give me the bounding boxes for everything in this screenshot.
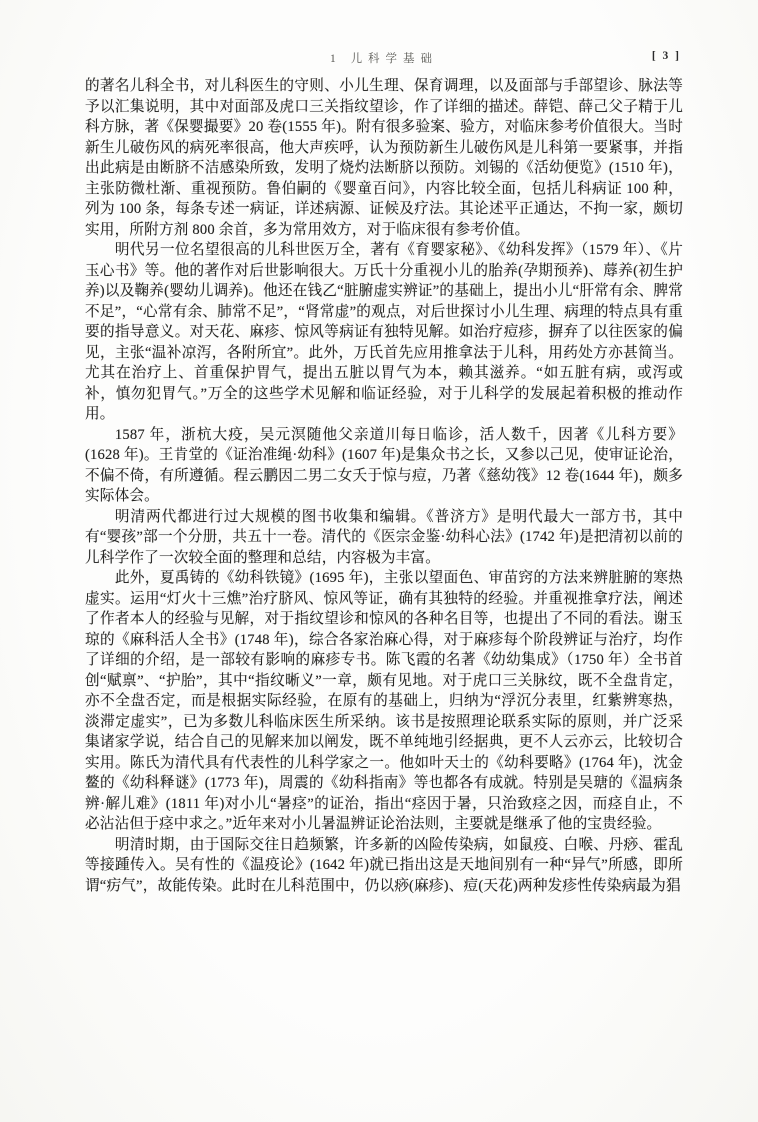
body-paragraph: 明清两代都进行过大规模的图书收集和编辑。《普济方》是明代最大一部方书，其中有“婴… <box>85 507 683 569</box>
body-paragraph: 1587 年，浙杭大疫，吴元溟随他父亲道川每日临诊，活人数千，因著《儿科方要》(… <box>85 425 683 507</box>
body-paragraph: 明清时期，由于国际交往日趋频繁，许多新的凶险传染病，如鼠疫、白喉、丹痧、霍乱等接… <box>85 835 683 897</box>
running-title: 1 儿科学基础 <box>85 50 683 66</box>
body-paragraph: 此外，夏禹铸的《幼科铁镜》(1695 年)，主张以望面色、审苗窍的方法来辨脏腑的… <box>85 568 683 835</box>
body-text: 的著名儿科全书，对儿科医生的守则、小儿生理、保育调理，以及面部与手部望诊、脉法等… <box>85 76 683 896</box>
scanned-book-page: 1 儿科学基础 [ 3 ] 的著名儿科全书，对儿科医生的守则、小儿生理、保育调理… <box>0 0 758 1122</box>
body-paragraph: 明代另一位名望很高的儿科世医万全，著有《育婴家秘》、《幼科发挥》（1579 年）… <box>85 240 683 425</box>
page-header: 1 儿科学基础 [ 3 ] <box>85 50 683 66</box>
body-paragraph: 的著名儿科全书，对儿科医生的守则、小儿生理、保育调理，以及面部与手部望诊、脉法等… <box>85 76 683 240</box>
page-number: [ 3 ] <box>652 50 681 62</box>
